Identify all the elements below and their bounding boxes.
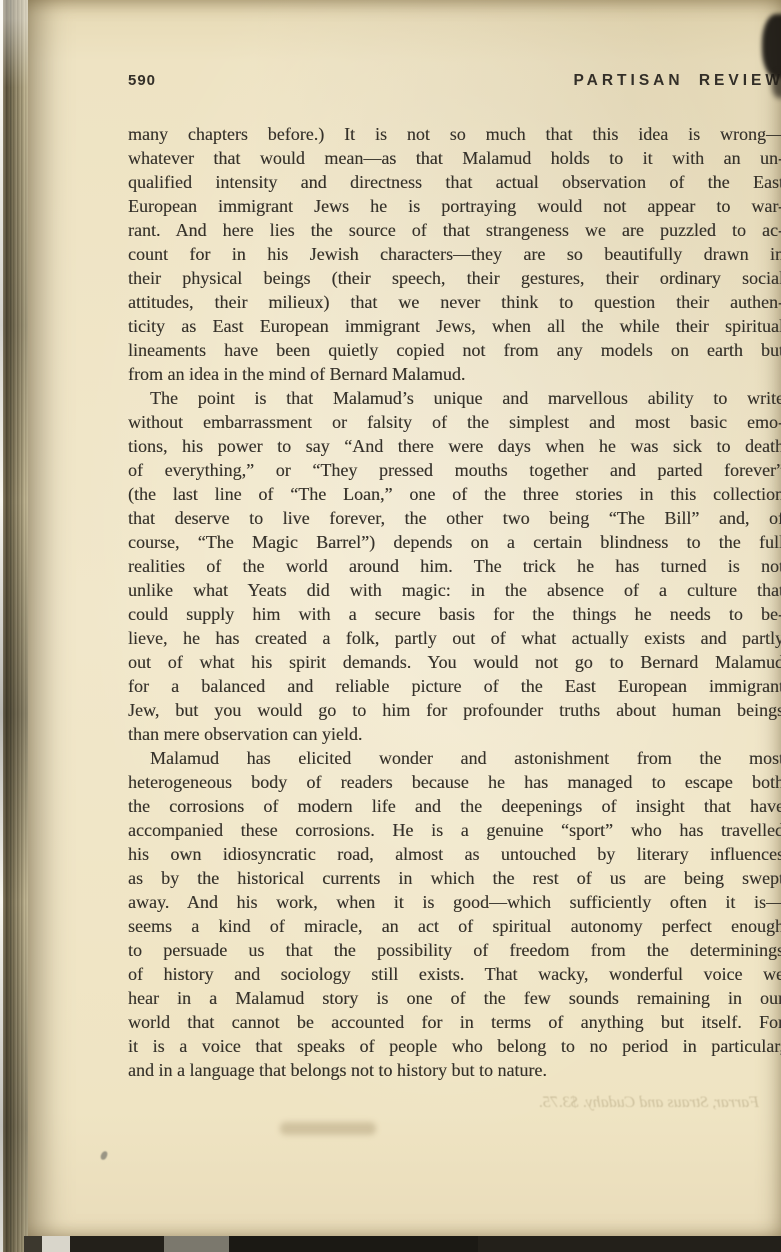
text-line: it is a voice that speaks of people who …	[128, 1034, 781, 1058]
scan-bottom-edge	[24, 1236, 781, 1252]
book-binding-edge	[0, 0, 30, 1252]
text-line: count for in his Jewish characters—they …	[128, 242, 781, 266]
text-line: and in a language that belongs not to hi…	[128, 1058, 781, 1082]
running-head: 590 PARTISAN REVIEW	[128, 72, 781, 92]
text-line: attitudes, their milieux) that we never …	[128, 290, 781, 314]
bleed-through-text: Farrar, Straus and Cudahy. $3.75.	[339, 1094, 759, 1112]
text-line: as by the historical currents in which t…	[128, 866, 781, 890]
text-line: of history and sociology still exists. T…	[128, 962, 781, 986]
text-line: their physical beings (their speech, the…	[128, 266, 781, 290]
text-line: many chapters before.) It is not so much…	[128, 122, 781, 146]
paragraph: Malamud has elicited wonder and astonish…	[128, 746, 781, 1082]
text-line: of everything,” or “They pressed mouths …	[128, 458, 781, 482]
book-page-scan: 590 PARTISAN REVIEW many chapters before…	[0, 0, 781, 1252]
paragraph: many chapters before.) It is not so much…	[128, 122, 781, 386]
text-line: hear in a Malamud story is one of the fe…	[128, 986, 781, 1010]
text-line: the corrosions of modern life and the de…	[128, 794, 781, 818]
text-line: heterogeneous body of readers because he…	[128, 770, 781, 794]
text-line: accompanied these corrosions. He is a ge…	[128, 818, 781, 842]
text-line: than mere observation can yield.	[128, 722, 781, 746]
scan-edge-mark-tail	[772, 72, 781, 98]
text-line: from an idea in the mind of Bernard Mala…	[128, 362, 781, 386]
page: 590 PARTISAN REVIEW many chapters before…	[28, 0, 781, 1236]
text-line: for a balanced and reliable picture of t…	[128, 674, 781, 698]
text-line: lineaments have been quietly copied not …	[128, 338, 781, 362]
text-line: world that cannot be accounted for in te…	[128, 1010, 781, 1034]
text-line: his own idiosyncratic road, almost as un…	[128, 842, 781, 866]
text-line: tions, his power to say “And there were …	[128, 434, 781, 458]
text-line: away. And his work, when it is good—whic…	[128, 890, 781, 914]
text-line: (the last line of “The Loan,” one of the…	[128, 482, 781, 506]
text-line: could supply him with a secure basis for…	[128, 602, 781, 626]
text-line: unlike what Yeats did with magic: in the…	[128, 578, 781, 602]
text-line: course, “The Magic Barrel”) depends on a…	[128, 530, 781, 554]
text-line: out of what his spirit demands. You woul…	[128, 650, 781, 674]
scan-edge-mark	[762, 14, 781, 78]
text-line: The point is that Malamud’s unique and m…	[128, 386, 781, 410]
text-line: European immigrant Jews he is portraying…	[128, 194, 781, 218]
journal-title: PARTISAN REVIEW	[573, 72, 781, 90]
text-line: Jew, but you would go to him for profoun…	[128, 698, 781, 722]
text-line: ticity as East European immigrant Jews, …	[128, 314, 781, 338]
page-body: many chapters before.) It is not so much…	[128, 122, 781, 1082]
page-number: 590	[128, 72, 156, 89]
text-line: qualified intensity and directness that …	[128, 170, 781, 194]
text-line: that deserve to live forever, the other …	[128, 506, 781, 530]
text-line: rant. And here lies the source of that s…	[128, 218, 781, 242]
ink-speck	[100, 1150, 108, 1160]
text-line: whatever that would mean—as that Malamud…	[128, 146, 781, 170]
text-line: seems a kind of miracle, an act of spiri…	[128, 914, 781, 938]
paragraph: The point is that Malamud’s unique and m…	[128, 386, 781, 746]
bleed-through-smudge	[280, 1122, 376, 1135]
text-line: without embarrassment or falsity of the …	[128, 410, 781, 434]
text-line: lieve, he has created a folk, partly out…	[128, 626, 781, 650]
text-line: realities of the world around him. The t…	[128, 554, 781, 578]
text-line: Malamud has elicited wonder and astonish…	[128, 746, 781, 770]
text-line: to persuade us that the possibility of f…	[128, 938, 781, 962]
